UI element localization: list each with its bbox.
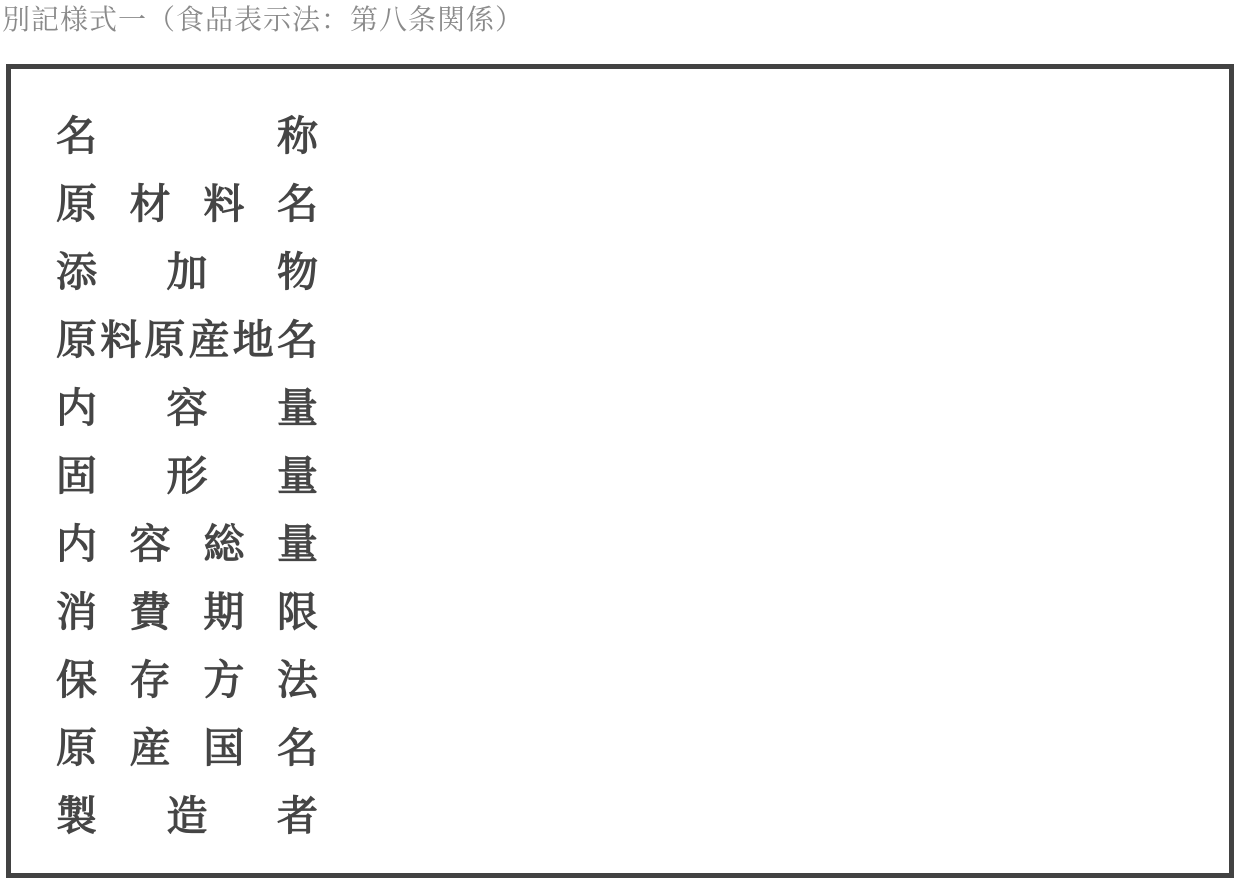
field-use-by-date: 消費期限	[56, 574, 318, 642]
field-net-content: 内容量	[56, 370, 318, 438]
label-frame: 名称 原材料名 添加物 原料原産地名 内容量 固形量 内容総量 消費期限 保存方…	[6, 64, 1234, 878]
field-total-content: 内容総量	[56, 506, 318, 574]
document-page: 別記様式一（食品表示法：第八条関係） 名称 原材料名 添加物 原料原産地名 内容…	[0, 0, 1240, 882]
field-solid-weight: 固形量	[56, 438, 318, 506]
field-manufacturer: 製造者	[56, 778, 318, 846]
field-storage-method: 保存方法	[56, 642, 318, 710]
field-country-of-origin: 原産国名	[56, 710, 318, 778]
field-label-list: 名称 原材料名 添加物 原料原産地名 内容量 固形量 内容総量 消費期限 保存方…	[56, 98, 318, 846]
form-caption: 別記様式一（食品表示法：第八条関係）	[2, 4, 524, 36]
field-additives: 添加物	[56, 234, 318, 302]
field-ingredient-origin: 原料原産地名	[56, 302, 318, 370]
field-ingredients: 原材料名	[56, 166, 318, 234]
field-name: 名称	[56, 98, 318, 166]
